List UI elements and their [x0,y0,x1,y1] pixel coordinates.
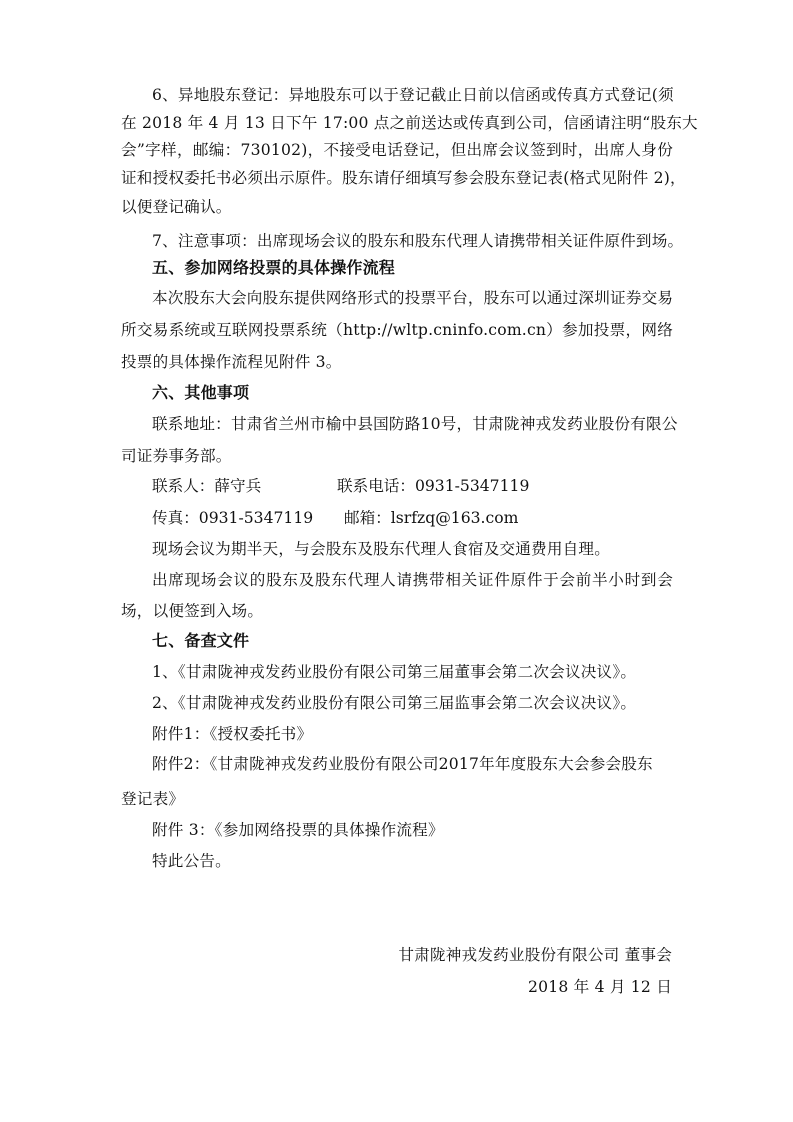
item7-note: 7、注意事项：出席现场会议的股东和股东代理人请携带相关证件原件到场。 [152,231,673,251]
duration-note: 现场会议为期半天，与会股东及股东代理人食宿及交通费用自理。 [152,539,673,559]
item6-line-4: 证和授权委托书必须出示原件。股东请仔细填写参会股东登记表(格式见附件 2)， [121,168,673,188]
attachment-2-line-2: 登记表》 [121,789,673,809]
reference-doc-1: 1、《甘肃陇神戎发药业股份有限公司第三届董事会第二次会议决议》。 [152,662,673,682]
item6-line-5: 以便登记确认。 [121,197,673,217]
item6-line-3: 会”字样，邮编：730102)，不接受电话登记，但出席会议签到时，出席人身份 [121,140,673,160]
section5-line-2: 所交易系统或互联网投票系统（http://wltp.cninfo.com.cn）… [121,320,673,340]
attachment-2-line-1: 附件2：《甘肃陇神戎发药业股份有限公司2017年年度股东大会参会股东 [152,754,673,774]
section5-line-1: 本次股东大会向股东提供网络形式的投票平台，股东可以通过深圳证券交易 [152,288,673,308]
section7-heading: 七、备查文件 [152,631,673,651]
item6-line-1: 6、异地股东登记：异地股东可以于登记截止日前以信函或传真方式登记(须 [152,85,673,105]
address-line-1: 联系地址：甘肃省兰州市榆中县国防路10号，甘肃陇神戎发药业股份有限公 [152,414,673,434]
document-page: 6、异地股东登记：异地股东可以于登记截止日前以信函或传真方式登记(须 在 201… [0,0,793,1122]
section6-heading: 六、其他事项 [152,383,673,403]
arrival-line-1: 出席现场会议的股东及股东代理人请携带相关证件原件于会前半小时到会 [152,570,673,590]
email-address: 邮箱：lsrfzq@163.com [344,508,518,528]
fax-number: 传真：0931-5347119 [152,508,313,528]
contact-phone: 联系电话：0931-5347119 [337,476,529,496]
attachment-1: 附件1：《授权委托书》 [152,724,673,744]
signature-issuer: 甘肃陇神戎发药业股份有限公司 董事会 [398,945,672,965]
arrival-line-2: 场，以便签到入场。 [121,601,673,621]
address-line-2: 司证券事务部。 [121,446,673,466]
section5-line-3: 投票的具体操作流程见附件 3。 [121,352,673,372]
reference-doc-2: 2、《甘肃陇神戎发药业股份有限公司第三届监事会第二次会议决议》。 [152,693,673,713]
closing-statement: 特此公告。 [152,851,673,871]
section5-heading: 五、参加网络投票的具体操作流程 [152,258,673,278]
attachment-3: 附件 3：《参加网络投票的具体操作流程》 [152,820,673,840]
item6-line-2: 在 2018 年 4 月 13 日下午 17:00 点之前送达或传真到公司，信函… [121,113,673,133]
signature-date: 2018 年 4 月 12 日 [528,977,672,997]
contact-person: 联系人：薛守兵 [152,476,261,496]
